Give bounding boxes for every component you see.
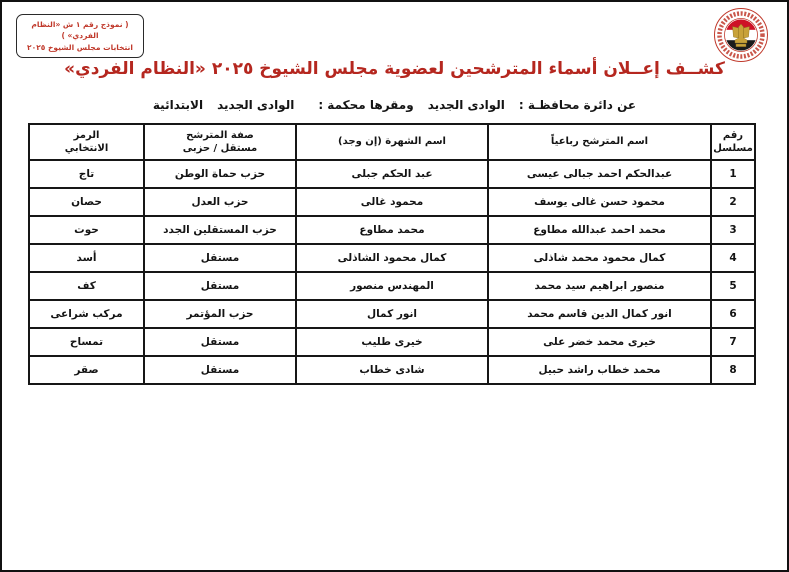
district-value: الوادى الجديد — [428, 98, 505, 112]
cell-name: عبدالحكم احمد جبالى عيسى — [488, 160, 711, 188]
cell-status: حزب حماة الوطن — [144, 160, 296, 188]
election-authority-emblem-icon — [713, 7, 769, 63]
cell-fame: شادى خطاب — [296, 356, 488, 384]
table-header-row: رقم مسلسل اسم المترشح رباعياً اسم الشهرة… — [29, 124, 755, 160]
cell-status: حزب العدل — [144, 188, 296, 216]
cell-serial: 5 — [711, 272, 755, 300]
cell-symbol: حوت — [29, 216, 144, 244]
cell-serial: 4 — [711, 244, 755, 272]
emblem-svg — [713, 7, 769, 63]
court-value: الوادى الجديد — [217, 98, 294, 112]
cell-symbol: كف — [29, 272, 144, 300]
court-type: الابتدائية — [153, 98, 203, 112]
district-line: عن دائرة محافظـة : الوادى الجديد ومقرها … — [2, 98, 787, 112]
cell-name: منصور ابراهيم سيد محمد — [488, 272, 711, 300]
candidates-table-body: 1عبدالحكم احمد جبالى عيسىعبد الحكم جبلىح… — [29, 160, 755, 384]
cell-fame: كمال محمود الشاذلى — [296, 244, 488, 272]
form-number-line1: ( نموذج رقم ١ ش «النظام الفردي» ) — [20, 19, 140, 42]
cell-status: مستقل — [144, 356, 296, 384]
table-row: 5منصور ابراهيم سيد محمدالمهندس منصورمستق… — [29, 272, 755, 300]
page-title: كشــف إعــلان أسماء المترشحين لعضوية مجل… — [2, 59, 787, 79]
cell-symbol: صقر — [29, 356, 144, 384]
table-row: 2محمود حسن غالى يوسفمحمود غالىحزب العدلح… — [29, 188, 755, 216]
table-row: 6انور كمال الدين قاسم محمدانور كمالحزب ا… — [29, 300, 755, 328]
cell-fame: خيرى طليب — [296, 328, 488, 356]
header-serial: رقم مسلسل — [711, 124, 755, 160]
cell-symbol: أسد — [29, 244, 144, 272]
table-row: 1عبدالحكم احمد جبالى عيسىعبد الحكم جبلىح… — [29, 160, 755, 188]
cell-status: مستقل — [144, 272, 296, 300]
announcement-sheet: ( نموذج رقم ١ ش «النظام الفردي» ) انتخاب… — [0, 0, 789, 572]
cell-name: محمود حسن غالى يوسف — [488, 188, 711, 216]
cell-symbol: مركب شراعى — [29, 300, 144, 328]
header-status: صفة المترشح مستقل / حزبى — [144, 124, 296, 160]
cell-symbol: تاج — [29, 160, 144, 188]
cell-name: محمد خطاب راشد حبيل — [488, 356, 711, 384]
cell-serial: 6 — [711, 300, 755, 328]
header-symbol: الرمز الانتخابي — [29, 124, 144, 160]
cell-name: كمال محمود محمد شاذلى — [488, 244, 711, 272]
table-row: 3محمد احمد عبدالله مطاوعمحمد مطاوعحزب ال… — [29, 216, 755, 244]
form-number-box: ( نموذج رقم ١ ش «النظام الفردي» ) انتخاب… — [16, 14, 144, 58]
cell-status: مستقل — [144, 328, 296, 356]
cell-symbol: حصان — [29, 188, 144, 216]
header-candidate-name: اسم المترشح رباعياً — [488, 124, 711, 160]
cell-serial: 1 — [711, 160, 755, 188]
cell-serial: 7 — [711, 328, 755, 356]
district-label: عن دائرة محافظـة : — [519, 98, 636, 112]
table-row: 7خيرى محمد خضر علىخيرى طليبمستقلتمساح — [29, 328, 755, 356]
cell-serial: 8 — [711, 356, 755, 384]
cell-fame: عبد الحكم جبلى — [296, 160, 488, 188]
form-number-line2: انتخابات مجلس الشيوخ ٢٠٢٥ — [20, 42, 140, 53]
table-row: 4كمال محمود محمد شاذلىكمال محمود الشاذلى… — [29, 244, 755, 272]
cell-fame: المهندس منصور — [296, 272, 488, 300]
candidates-table: رقم مسلسل اسم المترشح رباعياً اسم الشهرة… — [28, 123, 756, 385]
cell-fame: محمد مطاوع — [296, 216, 488, 244]
cell-serial: 2 — [711, 188, 755, 216]
cell-status: حزب المؤتمر — [144, 300, 296, 328]
cell-fame: محمود غالى — [296, 188, 488, 216]
cell-status: مستقل — [144, 244, 296, 272]
cell-serial: 3 — [711, 216, 755, 244]
cell-name: خيرى محمد خضر على — [488, 328, 711, 356]
cell-symbol: تمساح — [29, 328, 144, 356]
cell-status: حزب المستقلين الجدد — [144, 216, 296, 244]
cell-name: انور كمال الدين قاسم محمد — [488, 300, 711, 328]
cell-fame: انور كمال — [296, 300, 488, 328]
cell-name: محمد احمد عبدالله مطاوع — [488, 216, 711, 244]
header-fame-name: اسم الشهرة (إن وجد) — [296, 124, 488, 160]
table-row: 8محمد خطاب راشد حبيلشادى خطابمستقلصقر — [29, 356, 755, 384]
court-label: ومقرها محكمة : — [318, 98, 413, 112]
